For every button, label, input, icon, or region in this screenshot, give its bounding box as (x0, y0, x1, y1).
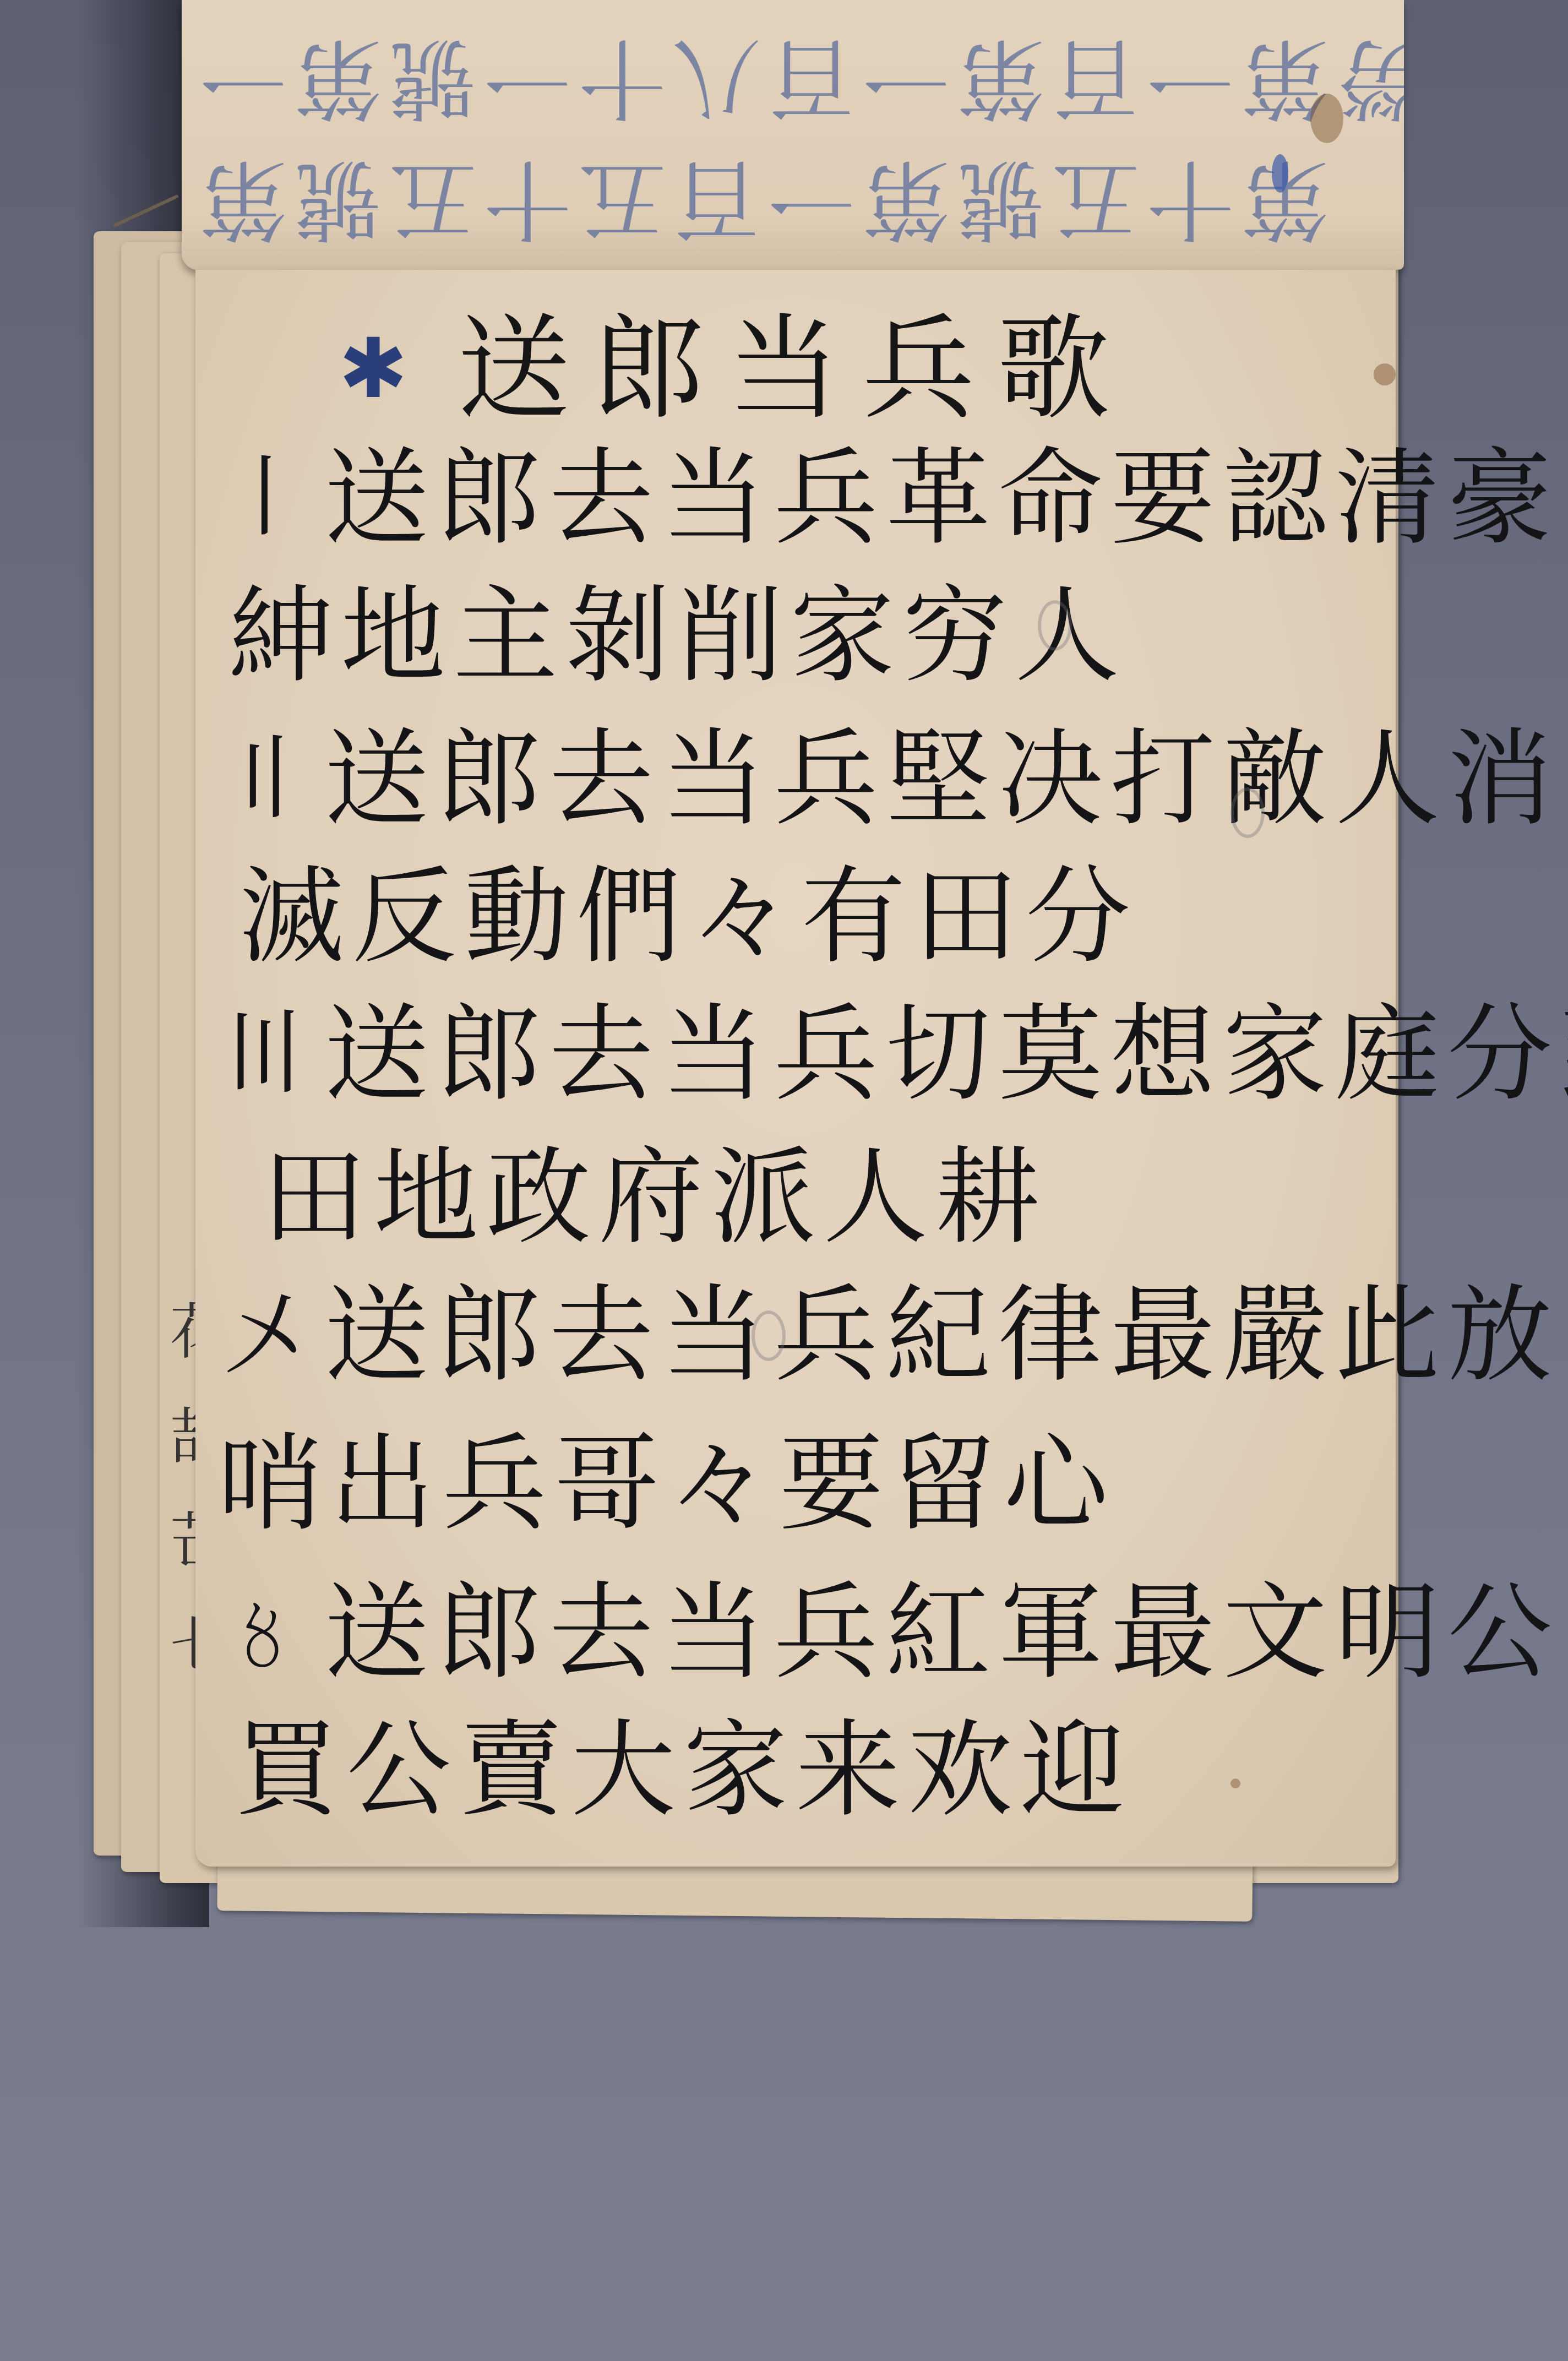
blue-ink-spot (1272, 154, 1288, 193)
verse-text: 送郎去当兵堅决打敵人消 (324, 727, 1560, 831)
verse-text: 送郎去当兵革命要認清豪 (324, 446, 1560, 551)
pencil-smudge (752, 1310, 786, 1361)
verse-number: 〡 (217, 451, 319, 545)
verse-line-5: 〣 送郎去当兵切莫想家庭分到 (217, 1002, 1568, 1107)
verse-text: 買公賣大家来欢迎 (234, 1718, 1133, 1823)
verse-number: 〤 (217, 1288, 319, 1382)
pencil-smudge (1231, 787, 1265, 838)
paper-stain (1231, 1778, 1240, 1788)
verse-number: 〥 (217, 1586, 319, 1679)
folded-page-line: 勞第一百第一百八十一號第一 (193, 22, 1404, 149)
song-title: 送郎当兵歌 (458, 313, 1132, 426)
verse-line-3: 〢 送郎去当兵堅决打敵人消 (217, 727, 1560, 831)
verse-line-7: 〤 送郎去当兵紀律最嚴此放 (217, 1283, 1560, 1388)
verse-number: 〣 (217, 1008, 319, 1101)
folded-back-page[interactable]: 勞第一百第一百八十一號第一 第十五號第一百五十五號第 (182, 0, 1404, 270)
pencil-smudge (1038, 600, 1072, 651)
paper-stain (1374, 363, 1396, 385)
verse-text: 送郎去当兵切莫想家庭分到 (324, 1002, 1568, 1107)
paper-stain (1310, 94, 1343, 143)
verse-text: 紳地主剝削家穷人 (228, 584, 1127, 688)
folded-page-line: 第十五號第一百五十五號第 (193, 143, 1329, 270)
verse-line-2: 紳地主剝削家穷人 (223, 584, 1127, 688)
verse-line-10: 買公賣大家来欢迎 (228, 1718, 1133, 1823)
verse-text: 田地政府派人耕 (262, 1145, 1048, 1250)
verse-line-4: 滅反動們々有田分 (234, 864, 1138, 969)
song-title-row: ✱ 送郎当兵歌 (339, 303, 1132, 435)
verse-text: 送郎去当兵紀律最嚴此放 (324, 1283, 1560, 1388)
verse-text: 送郎去当兵紅軍最文明公 (324, 1580, 1560, 1685)
main-page: ✱ 送郎当兵歌 〡 送郎去当兵革命要認清豪 紳地主剝削家穷人 〢 送郎去当兵堅决… (195, 270, 1396, 1867)
verse-line-8: 哨出兵哥々要留心 (212, 1432, 1116, 1536)
verse-line-9: 〥 送郎去当兵紅軍最文明公 (217, 1580, 1560, 1685)
verse-line-1: 〡 送郎去当兵革命要認清豪 (217, 446, 1560, 551)
verse-line-6: 田地政府派人耕 (256, 1145, 1048, 1250)
verse-text: 哨出兵哥々要留心 (217, 1432, 1116, 1536)
verse-text: 滅反動們々有田分 (239, 864, 1138, 969)
asterisk-mark-icon: ✱ (339, 328, 408, 410)
verse-number: 〢 (217, 732, 319, 826)
